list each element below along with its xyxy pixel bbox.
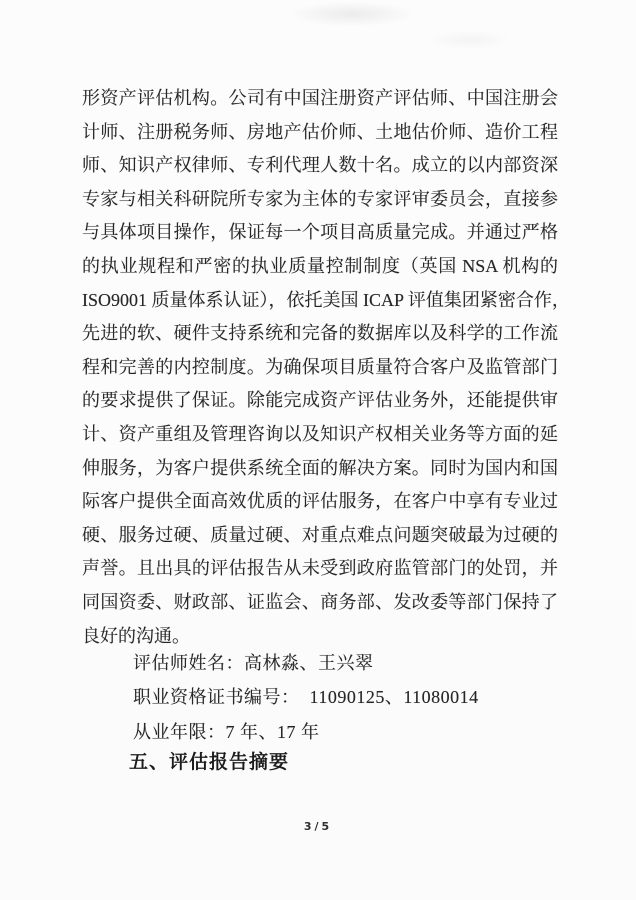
paragraph-line: 硬、服务过硬、质量过硬、对重点难点问题突破最为过硬的	[82, 519, 558, 553]
paragraph-line: 师、知识产权律师、专利代理人数十名。成立的以内部资深	[82, 149, 558, 183]
paragraph-line: 程和完善的内控制度。为确保项目质量符合客户及监管部门	[82, 351, 558, 385]
appraiser-details: 评估师姓名：高林淼、王兴翠职业资格证书编号： 11090125、11080014…	[133, 646, 573, 749]
paragraph-line: 的执业规程和严密的执业质量控制制度（英国 NSA 机构的	[82, 250, 558, 284]
paragraph-line: 计、资产重组及管理咨询以及知识产权相关业务等方面的延	[82, 418, 558, 452]
page-number: 3/5	[0, 820, 636, 833]
section-heading: 五、评估报告摘要	[129, 747, 289, 774]
paragraph-line: 专家与相关科研院所专家为主体的专家评审委员会，直接参	[82, 183, 558, 217]
paragraph-line: 际客户提供全面高效优质的评估服务，在客户中享有专业过	[82, 485, 558, 519]
paragraph-line: ISO9001 质量体系认证），依托美国 ICAP 评值集团紧密合作，	[82, 284, 558, 318]
paragraph-line: 伸服务，为客户提供系统全面的解决方案。同时为国内和国	[82, 452, 558, 486]
paragraph-line: 计师、注册税务师、房地产估价师、土地估价师、造价工程	[82, 116, 558, 150]
detail-line: 从业年限：7 年、17 年	[133, 715, 573, 749]
paragraph-continuation: 形资产评估机构。公司有中国注册资产评估师、中国注册会计师、注册税务师、房地产估价…	[82, 82, 558, 653]
detail-line: 职业资格证书编号： 11090125、11080014	[133, 680, 573, 714]
paragraph-line: 的要求提供了保证。除能完成资产评估业务外，还能提供审	[82, 384, 558, 418]
paragraph-line: 先进的软、硬件支持系统和完备的数据库以及科学的工作流	[82, 317, 558, 351]
paragraph-line: 与具体项目操作，保证每一个项目高质量完成。并通过严格	[82, 216, 558, 250]
paragraph-line: 声誉。且出具的评估报告从未受到政府监管部门的处罚，并	[82, 552, 558, 586]
paragraph-line: 形资产评估机构。公司有中国注册资产评估师、中国注册会	[82, 82, 558, 116]
paragraph-line: 同国资委、财政部、证监会、商务部、发改委等部门保持了	[82, 586, 558, 620]
document-page: 形资产评估机构。公司有中国注册资产评估师、中国注册会计师、注册税务师、房地产估价…	[0, 0, 636, 900]
detail-line: 评估师姓名：高林淼、王兴翠	[133, 646, 573, 680]
